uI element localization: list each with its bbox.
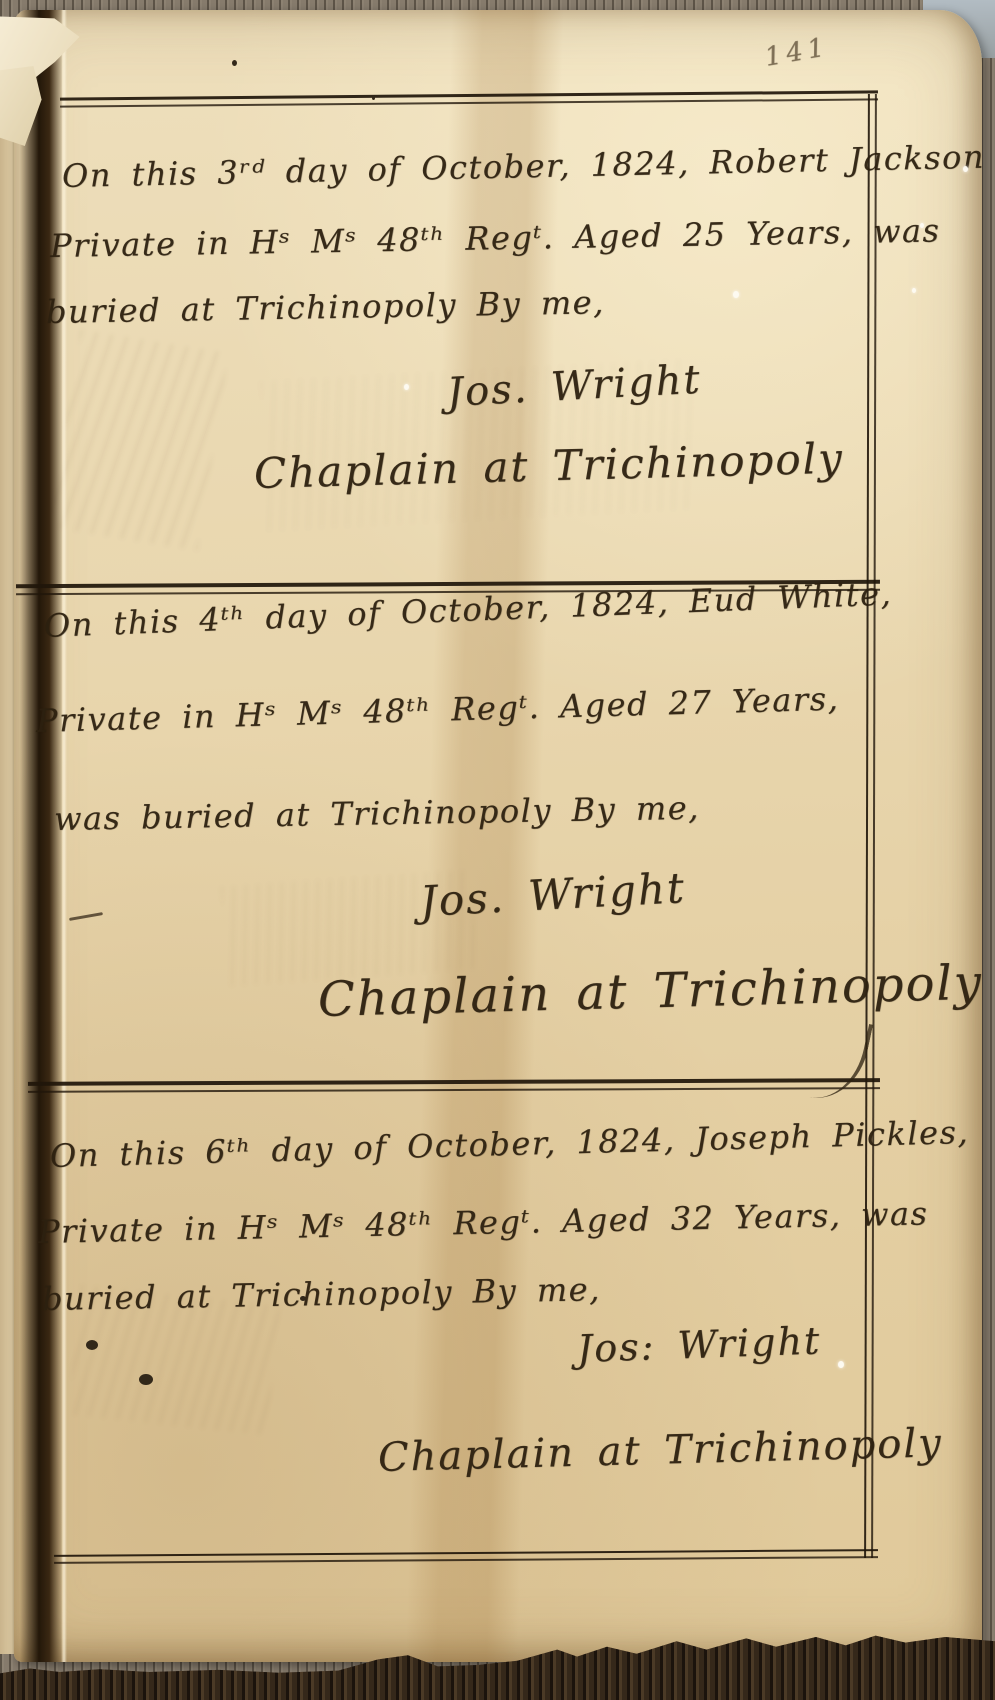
ink-speck	[86, 1340, 98, 1350]
chaplain-signature: Jos: Wright	[576, 1321, 821, 1368]
glare-speck	[920, 223, 924, 228]
chaplain-signature: Jos. Wright	[419, 867, 687, 923]
chaplain-title: Chaplain at Trichinopoly	[253, 438, 844, 495]
entry-line: Private in Hˢ Mˢ 48ᵗʰ Regᵗ. Aged 32 Year…	[38, 1197, 929, 1248]
entry-line: was buried at Trichinopoly By me,	[54, 792, 700, 835]
ruled-border-right	[864, 94, 877, 1558]
ink-speck	[372, 96, 375, 100]
glare-speck	[912, 288, 916, 293]
entry-line: On this 3ʳᵈ day of October, 1824, Robert…	[62, 140, 982, 192]
chaplain-title: Chaplain at Trichinopoly	[317, 959, 982, 1024]
pen-dash	[69, 912, 103, 921]
ink-speck	[300, 1296, 306, 1301]
pen-flourish	[801, 1013, 873, 1107]
page-number: 141	[763, 34, 831, 71]
glare-speck	[404, 384, 409, 390]
ink-speck	[139, 1374, 153, 1385]
entry-line: buried at Trichinopoly By me,	[46, 286, 605, 328]
entry-line: Private in Hˢ Mˢ 48ᵗʰ Regᵗ. Aged 25 Year…	[50, 214, 941, 262]
ink-bleed-through	[49, 329, 228, 550]
ink-speck	[232, 60, 237, 66]
glare-speck	[838, 1361, 844, 1368]
register-page: 141 On this 3ʳᵈ day of October, 1824, Ro…	[14, 10, 982, 1662]
entry-divider-2	[28, 1078, 880, 1093]
entry-line: buried at Trichinopoly By me,	[42, 1273, 601, 1315]
glare-speck	[733, 291, 739, 298]
glare-speck	[963, 166, 968, 172]
